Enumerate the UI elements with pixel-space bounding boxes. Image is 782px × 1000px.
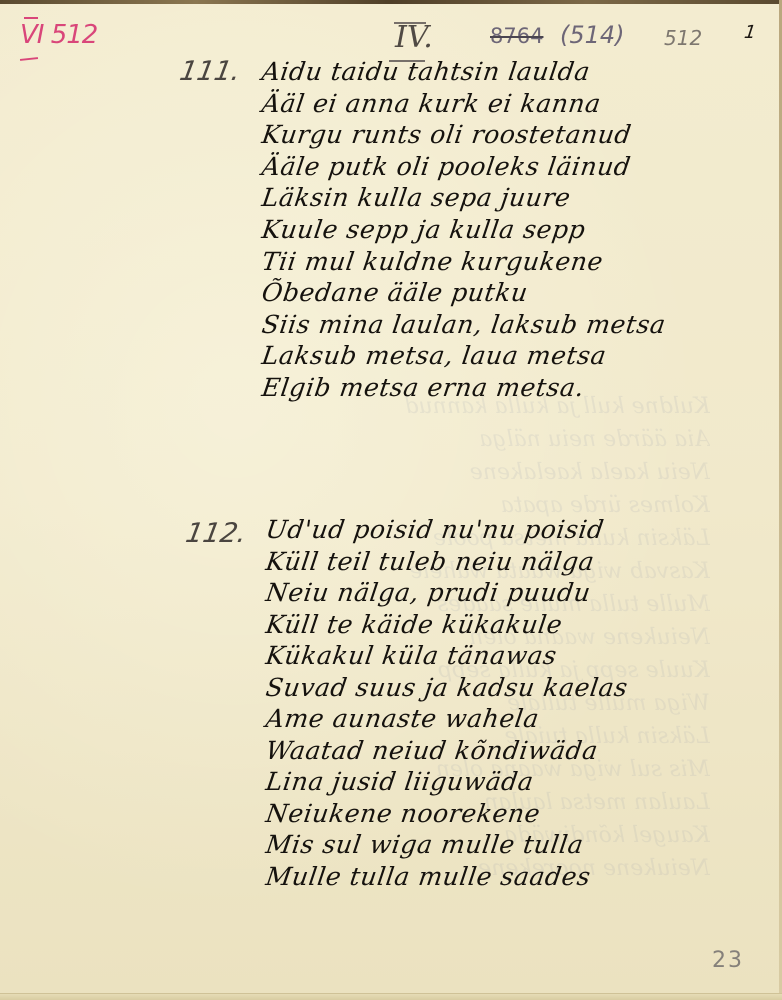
- archive-mark-overline: [24, 17, 38, 19]
- verse-line: Kükakul küla tänawas: [264, 640, 630, 672]
- verse-line: Küll te käide kükakule: [264, 609, 630, 641]
- parenthesized-number: (514): [560, 21, 625, 49]
- archive-mark: VI 512: [20, 20, 97, 50]
- pencil-number: 512: [664, 26, 702, 50]
- verse-line: Laksub metsa, laua metsa: [260, 340, 668, 372]
- volume-mark: IV.: [395, 20, 433, 55]
- verse-line: Ud'ud poisid nu'nu poisid: [264, 514, 630, 546]
- verse-line: Ame aunaste wahela: [264, 703, 630, 735]
- page-number: 1: [741, 22, 759, 43]
- verse-line: Neiukene noorekene: [264, 798, 630, 830]
- page-top-edge: [0, 0, 782, 4]
- verse-line: Ääl ei anna kurk ei kanna: [260, 88, 668, 120]
- struck-old-number: 8764: [490, 24, 543, 48]
- verse-line: Läksin kulla sepa juure: [260, 182, 668, 214]
- verse-line: Ääle putk oli pooleks läinud: [260, 151, 668, 183]
- volume-mark-text: IV.: [395, 20, 433, 55]
- song-number: 112.: [183, 518, 258, 549]
- verse-line: Kuule sepp ja kulla sepp: [260, 214, 668, 246]
- verse-line: Tii mul kuldne kurgukene: [260, 246, 668, 278]
- verse-line: Elgib metsa erna metsa.: [260, 372, 668, 404]
- verse-line: Kurgu runts oli roostetanud: [260, 119, 668, 151]
- verse-line: Siis mina laulan, laksub metsa: [260, 309, 668, 341]
- verse-line: Küll teil tuleb neiu nälga: [264, 546, 630, 578]
- verse-line: Mulle tulla mulle saades: [264, 861, 630, 893]
- song-lines: Aidu taidu tahtsin laulda Ääl ei anna ku…: [262, 56, 666, 404]
- verse-line: Aidu taidu tahtsin laulda: [260, 56, 668, 88]
- song-lines: Ud'ud poisid nu'nu poisid Küll teil tule…: [266, 514, 628, 892]
- archive-mark-text: VI 512: [20, 20, 97, 50]
- archive-mark-underline: [20, 57, 38, 61]
- page-bottom-edge: [0, 993, 782, 1000]
- verse-line: Suvad suus ja kadsu kaelas: [264, 672, 630, 704]
- verse-line: Õbedane ääle putku: [260, 277, 668, 309]
- verse-line: Mis sul wiga mulle tulla: [264, 829, 630, 861]
- verse-line: Waatad neiud kõndiwäda: [264, 735, 630, 767]
- volume-mark-overline: [394, 22, 426, 24]
- sheet-number: 23: [712, 948, 744, 973]
- verse-line: Lina jusid liiguwäda: [264, 766, 630, 798]
- manuscript-page: Kuldne kull ja kulla kannud Aia äärde ne…: [0, 0, 782, 1000]
- song-number: 111.: [177, 56, 252, 87]
- verse-line: Neiu nälga, prudi puudu: [264, 577, 630, 609]
